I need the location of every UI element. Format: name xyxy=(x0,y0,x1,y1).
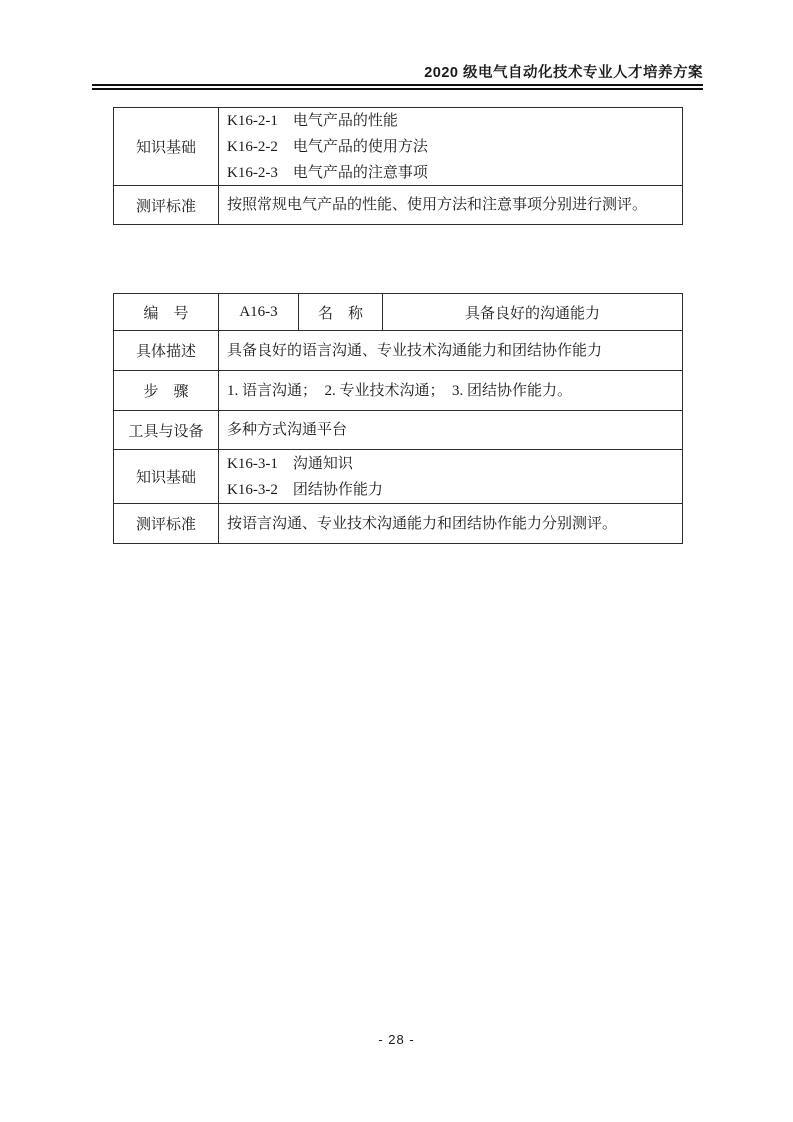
row-content-knowledge-base: K16-2-1 电气产品的性能 K16-2-2 电气产品的使用方法 K16-2-… xyxy=(219,108,682,185)
id-label: 编 号 xyxy=(114,294,219,330)
table-row: 测评标准 按语言沟通、专业技术沟通能力和团结协作能力分别测评。 xyxy=(114,504,682,543)
content-line: K16-2-2 电气产品的使用方法 xyxy=(227,134,676,160)
content-line: 具备良好的语言沟通、专业技术沟通能力和团结协作能力 xyxy=(227,338,676,364)
row-content-evaluation-standard: 按语言沟通、专业技术沟通能力和团结协作能力分别测评。 xyxy=(219,504,682,543)
competency-table-a16-3: 编 号 A16-3 名 称 具备良好的沟通能力 具体描述 具备良好的语言沟通、专… xyxy=(113,293,683,544)
table-row: 知识基础 K16-2-1 电气产品的性能 K16-2-2 电气产品的使用方法 K… xyxy=(114,108,682,186)
row-label-steps: 步 骤 xyxy=(114,371,219,410)
table-row: 知识基础 K16-3-1 沟通知识 K16-3-2 团结协作能力 xyxy=(114,450,682,504)
page-header-title: 2020 级电气自动化技术专业人才培养方案 xyxy=(424,61,703,82)
row-label-knowledge-base: 知识基础 xyxy=(114,450,219,503)
table-row: 步 骤 1. 语言沟通； 2. 专业技术沟通； 3. 团结协作能力。 xyxy=(114,371,682,411)
content-line: 按照常规电气产品的性能、使用方法和注意事项分别进行测评。 xyxy=(227,192,676,218)
content-line: K16-3-1 沟通知识 xyxy=(227,451,676,477)
table-row: 具体描述 具备良好的语言沟通、专业技术沟通能力和团结协作能力 xyxy=(114,331,682,371)
row-content-knowledge-base: K16-3-1 沟通知识 K16-3-2 团结协作能力 xyxy=(219,450,682,503)
content-line: K16-2-1 电气产品的性能 xyxy=(227,108,676,134)
name-label: 名 称 xyxy=(299,294,383,330)
row-content-description: 具备良好的语言沟通、专业技术沟通能力和团结协作能力 xyxy=(219,331,682,370)
header-double-rule xyxy=(92,84,703,90)
document-page: 2020 级电气自动化技术专业人才培养方案 知识基础 K16-2-1 电气产品的… xyxy=(0,0,793,1122)
table-row: 工具与设备 多种方式沟通平台 xyxy=(114,411,682,450)
content-line: K16-2-3 电气产品的注意事项 xyxy=(227,160,676,186)
row-label-evaluation-standard: 测评标准 xyxy=(114,504,219,543)
table-header-row: 编 号 A16-3 名 称 具备良好的沟通能力 xyxy=(114,294,682,331)
row-content-tools-equipment: 多种方式沟通平台 xyxy=(219,411,682,449)
content-line: 1. 语言沟通； 2. 专业技术沟通； 3. 团结协作能力。 xyxy=(227,378,676,404)
row-label-description: 具体描述 xyxy=(114,331,219,370)
content-line: K16-3-2 团结协作能力 xyxy=(227,477,676,503)
row-label-knowledge-base: 知识基础 xyxy=(114,108,219,185)
table-row: 测评标准 按照常规电气产品的性能、使用方法和注意事项分别进行测评。 xyxy=(114,186,682,224)
content-line: 按语言沟通、专业技术沟通能力和团结协作能力分别测评。 xyxy=(227,511,676,537)
row-content-evaluation-standard: 按照常规电气产品的性能、使用方法和注意事项分别进行测评。 xyxy=(219,186,682,224)
page-number: - 28 - xyxy=(0,1032,793,1047)
name-value: 具备良好的沟通能力 xyxy=(383,294,682,330)
row-content-steps: 1. 语言沟通； 2. 专业技术沟通； 3. 团结协作能力。 xyxy=(219,371,682,410)
knowledge-table-k16-2: 知识基础 K16-2-1 电气产品的性能 K16-2-2 电气产品的使用方法 K… xyxy=(113,107,683,225)
row-label-tools-equipment: 工具与设备 xyxy=(114,411,219,449)
content-line: 多种方式沟通平台 xyxy=(227,417,676,443)
id-value: A16-3 xyxy=(219,294,299,330)
row-label-evaluation-standard: 测评标准 xyxy=(114,186,219,224)
